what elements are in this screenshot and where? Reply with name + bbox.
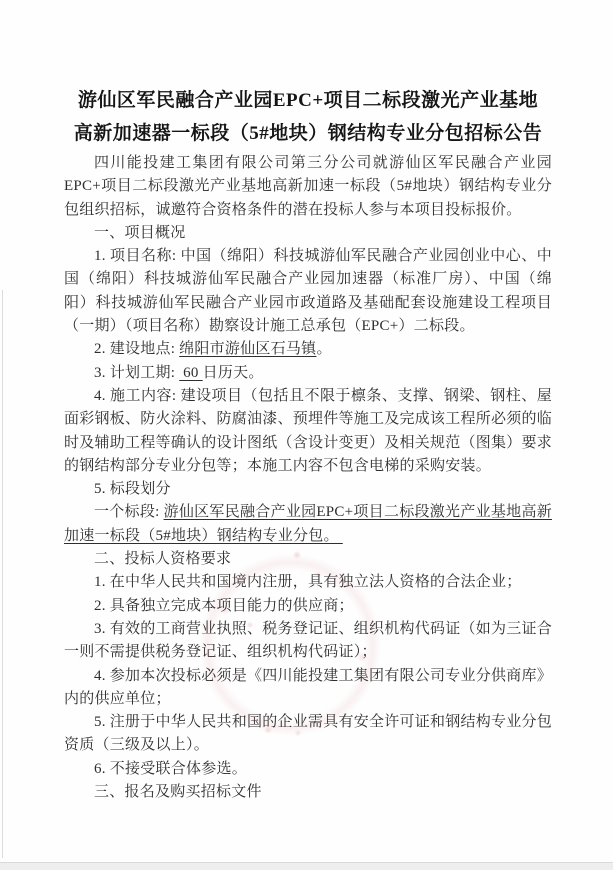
paragraph: 1. 在中华人民共和国境内注册，具有独立法人资格的合法企业；: [64, 571, 552, 594]
text-run: 2. 建设地点:: [94, 341, 179, 357]
document-title: 游仙区军民融合产业园EPC+项目二标段激光产业基地 高新加速器一标段（5#地块）…: [64, 84, 552, 150]
paragraph: 3. 计划工期: 60 日历天。: [64, 362, 552, 385]
text-run: 3. 计划工期:: [94, 365, 179, 381]
paragraph: 1. 项目名称: 中国（绵阳）科技城游仙军民融合产业园创业中心、中国（绵阳）科技…: [64, 245, 552, 338]
section-heading: 一、项目概况: [64, 222, 552, 245]
text-run: 2. 具备独立完成本项目能力的供应商；: [94, 598, 354, 614]
text-run: 5. 标段划分: [94, 481, 171, 497]
paragraph: 4. 施工内容: 建设项目（包括且不限于檩条、支撑、钢梁、钢柱、屋面彩钢板、防火…: [64, 385, 552, 478]
paragraph: 2. 具备独立完成本项目能力的供应商；: [64, 595, 552, 618]
document-title-line2: 高新加速器一标段（5#地块）钢结构专业分包招标公告: [64, 117, 552, 150]
paragraph: 一个标段: 游仙区军民融合产业园EPC+项目二标段激光产业基地高新加速一标段（5…: [64, 501, 552, 548]
scan-edge-artifact-left: [2, 290, 3, 858]
underlined-text: 60: [179, 365, 203, 381]
text-run: 日历天。: [203, 365, 264, 381]
text-run: 6. 不接受联合体参选。: [94, 761, 247, 777]
paragraph: 6. 不接受联合体参选。: [64, 758, 552, 781]
document-content: 游仙区军民融合产业园EPC+项目二标段激光产业基地 高新加速器一标段（5#地块）…: [64, 84, 552, 804]
text-run: 3. 有效的工商营业执照、税务登记证、组织机构代码证（如为三证合一则不需提供税务…: [64, 621, 552, 660]
scan-edge-artifact-bottom: [0, 862, 613, 870]
text-run: 三、报名及购买招标文件: [94, 784, 262, 800]
paragraph: 5. 注册于中华人民共和国的企业需具有安全许可证和钢结构专业分包资质（三级及以上…: [64, 711, 552, 758]
text-run: 二、投标人资格要求: [94, 551, 231, 567]
text-run: 。: [316, 341, 331, 357]
text-run: 一、项目概况: [94, 225, 186, 241]
section-heading: 二、投标人资格要求: [64, 548, 552, 571]
paragraph: 5. 标段划分: [64, 478, 552, 501]
text-run: 1. 在中华人民共和国境内注册，具有独立法人资格的合法企业；: [94, 574, 522, 590]
text-run: 4. 施工内容: 建设项目（包括且不限于檩条、支撑、钢梁、钢柱、屋面彩钢板、防火…: [64, 388, 552, 474]
text-run: 四川能投建工集团有限公司第三分公司就游仙区军民融合产业园 EPC+项目二标段激光…: [64, 155, 552, 218]
paragraph: 2. 建设地点: 绵阳市游仙区石马镇。: [64, 338, 552, 361]
underlined-text: 绵阳市游仙区石马镇: [179, 341, 316, 357]
document-title-line1: 游仙区军民融合产业园EPC+项目二标段激光产业基地: [64, 84, 552, 117]
paragraph: 4. 参加本次投标必须是《四川能投建工集团有限公司专业分供商库》内的供应单位；: [64, 665, 552, 712]
text-run: 1. 项目名称: 中国（绵阳）科技城游仙军民融合产业园创业中心、中国（绵阳）科技…: [64, 248, 552, 334]
text-run: 一个标段:: [94, 504, 164, 520]
paragraph: 四川能投建工集团有限公司第三分公司就游仙区军民融合产业园 EPC+项目二标段激光…: [64, 152, 552, 222]
text-run: 4. 参加本次投标必须是《四川能投建工集团有限公司专业分供商库》内的供应单位；: [64, 668, 552, 707]
paragraph: 3. 有效的工商营业执照、税务登记证、组织机构代码证（如为三证合一则不需提供税务…: [64, 618, 552, 665]
section-heading: 三、报名及购买招标文件: [64, 781, 552, 804]
document-body: 四川能投建工集团有限公司第三分公司就游仙区军民融合产业园 EPC+项目二标段激光…: [64, 152, 552, 804]
text-run: 5. 注册于中华人民共和国的企业需具有安全许可证和钢结构专业分包资质（三级及以上…: [64, 714, 552, 753]
scanned-document-page: 游仙区军民融合产业园EPC+项目二标段激光产业基地 高新加速器一标段（5#地块）…: [0, 0, 613, 870]
